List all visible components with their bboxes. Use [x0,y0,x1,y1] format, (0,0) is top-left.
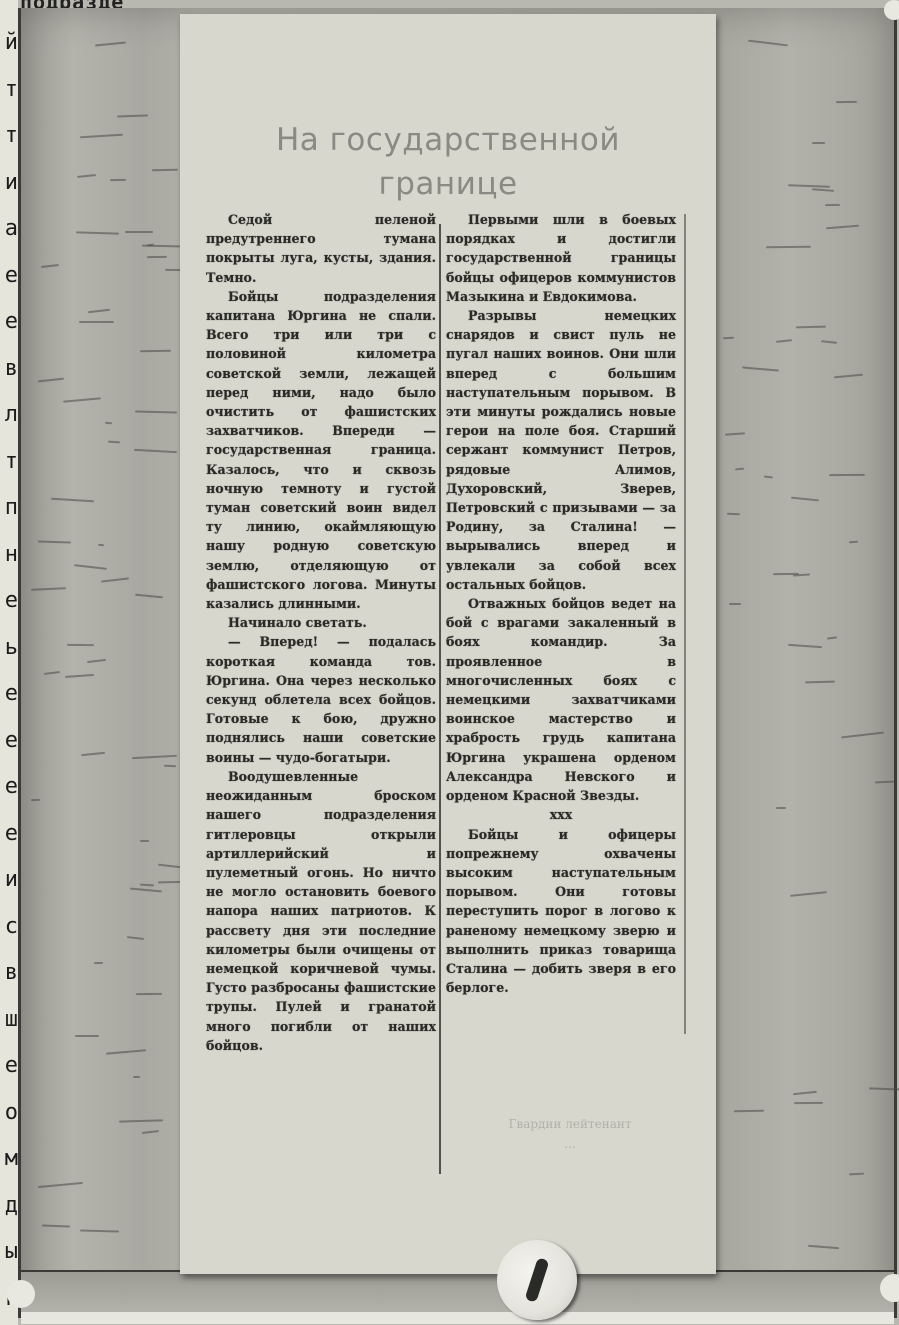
wood-grain-mark [38,378,64,383]
wood-grain-mark [825,204,840,206]
wood-grain-mark [776,340,792,344]
paragraph: Бойцы подразделения капитана Юргина не с… [206,287,436,613]
wood-grain-mark [98,544,104,546]
wood-grain-mark [793,1091,817,1095]
typed-char: о [0,1102,18,1124]
typed-char: т [0,79,18,101]
paragraph: Начинало светать. [206,613,436,632]
wood-grain-mark [849,1173,864,1176]
wood-grain-mark [748,39,788,46]
wood-grain-mark [134,449,177,453]
wood-grain-mark [88,309,110,313]
wood-grain-mark [827,637,837,640]
wood-grain-mark [125,231,153,233]
wood-grain-mark [796,326,826,329]
signature-line: Гвардии лейтенант [470,1114,670,1134]
wood-grain-mark [94,962,103,964]
wood-grain-mark [788,184,830,188]
wood-grain-mark [147,255,167,257]
wood-grain-mark [119,1119,163,1122]
wood-grain-mark [875,781,894,784]
column-edge-rule [684,214,686,1034]
wood-grain-mark [735,468,744,471]
wood-grain-mark [135,410,177,413]
wood-grain-mark [130,888,162,893]
typed-char: е [0,823,18,845]
typed-char: п [0,497,18,519]
typed-char: а [0,218,18,240]
wood-grain-mark [101,577,129,582]
wood-grain-mark [136,992,162,994]
typed-char: м [0,1148,18,1170]
signature-line: ... [470,1134,670,1154]
wood-grain-mark [140,349,171,352]
wood-grain-mark [164,764,176,767]
wood-grain-mark [152,168,178,171]
wood-grain-mark [142,245,180,248]
wood-grain-mark [31,799,40,801]
wood-grain-mark [117,114,148,117]
typed-char: й [0,32,18,54]
wood-grain-mark [42,1224,70,1227]
section-separator: xxx [446,805,676,824]
wood-grain-mark [105,422,112,425]
torn-corner [884,0,899,20]
typed-char: е [0,1055,18,1077]
wood-grain-mark [793,573,810,576]
wood-grain-mark [80,1230,119,1233]
wood-grain-mark [849,540,859,543]
typed-char: с [0,916,18,938]
typed-char: д [0,1195,18,1217]
thumbtack-pin [497,1240,577,1320]
wood-grain-mark [790,891,827,897]
wood-grain-mark [127,937,144,941]
pin-slot [524,1257,549,1303]
wood-grain-mark [836,101,857,103]
print-border [21,1312,894,1324]
article-signature: Гвардии лейтенант ... [470,1114,670,1154]
wood-grain-mark [142,1130,159,1134]
wood-grain-mark [109,179,125,181]
wood-grain-mark [725,432,745,435]
paragraph: Первыми шли в боевых порядках и достигли… [446,210,676,306]
typed-char: е [0,311,18,333]
wood-grain-mark [829,474,865,476]
wood-grain-mark [51,498,94,503]
wood-grain-mark [81,751,105,755]
headline-line-2: границе [180,162,716,206]
typed-char: ь [0,637,18,659]
paragraph: Бойцы и офицеры попрежнему охвачены высо… [446,825,676,998]
wood-grain-mark [812,142,825,144]
article-column-left: Седой пеленой предутреннего тумана покры… [206,210,436,1055]
wood-grain-mark [106,1050,146,1055]
wood-grain-mark [41,264,59,268]
wood-grain-mark [65,674,94,678]
wood-grain-mark [31,587,66,591]
torn-corner [7,1280,35,1308]
typed-char: и [0,869,18,891]
wood-grain-mark [723,337,734,339]
paragraph: — Вперед! — подалась короткая команда то… [206,632,436,766]
paragraph: Воодушевленные неожиданным броском нашег… [206,767,436,1055]
paragraph: Седой пеленой предутреннего тумана покры… [206,210,436,287]
wood-grain-mark [140,883,154,886]
wood-grain-mark [869,1087,899,1090]
paragraph: Отважных бойцов ведет на бой с врагами з… [446,594,676,805]
wood-grain-mark [742,366,779,371]
typed-char: и [0,172,18,194]
article-column-right: Первыми шли в боевых порядках и достигли… [446,210,676,997]
wood-grain-mark [841,731,883,738]
wood-grain-mark [77,175,96,179]
wood-grain-mark [776,807,786,809]
wood-grain-mark [74,564,107,570]
typed-char: ы [0,1241,18,1263]
headline-line-1: На государственной [180,118,716,162]
wood-grain-mark [766,246,811,249]
wood-grain-mark [808,1244,839,1249]
board-edge [21,1270,894,1318]
typed-char: т [0,125,18,147]
typed-char: е [0,683,18,705]
wood-grain-mark [79,321,114,323]
wood-grain-mark [75,1035,99,1037]
typed-char: е [0,265,18,287]
paragraph: Разрывы немецких снарядов и свист пуль н… [446,306,676,594]
wood-grain-mark [38,1182,83,1188]
typed-char: л [0,404,18,426]
typed-char: н [0,544,18,566]
wood-grain-mark [76,232,119,235]
wood-grain-mark [821,340,837,344]
wood-grain-mark [87,659,106,663]
wood-grain-mark [727,512,740,515]
wood-grain-mark [133,1076,140,1078]
wood-grain-mark [67,644,94,646]
typed-char: в [0,358,18,380]
wood-grain-mark [812,188,834,192]
wood-grain-mark [95,41,126,46]
wood-grain-mark [140,840,149,842]
typed-char: е [0,776,18,798]
wood-grain-mark [826,225,859,230]
column-divider [439,224,441,1174]
wood-grain-mark [135,593,163,598]
typed-char: в [0,962,18,984]
wood-grain-mark [132,755,177,759]
wood-grain-mark [791,497,819,502]
wood-grain-mark [734,1110,764,1113]
wood-grain-mark [44,671,60,675]
wood-grain-mark [108,441,120,444]
wood-grain-mark [80,134,123,139]
wood-grain-mark [729,603,741,605]
wood-grain-mark [158,864,182,869]
wood-grain-mark [805,681,835,684]
article-headline: На государственной границе [180,118,716,206]
wood-grain-mark [764,476,773,479]
newspaper-clipping: На государственной границе Седой пеленой… [180,14,716,1274]
typed-char: ш [0,1009,18,1031]
wood-grain-mark [834,374,863,379]
wood-grain-mark [38,540,71,543]
typed-char: е [0,590,18,612]
wood-grain-mark [794,1102,823,1104]
wood-grain-mark [63,398,101,403]
typed-char: е [0,730,18,752]
wood-grain-mark [787,644,821,648]
typed-char: т [0,451,18,473]
typed-page-edge: йттиаеевлтпнеьееееисвшеомдыг [0,0,18,1325]
